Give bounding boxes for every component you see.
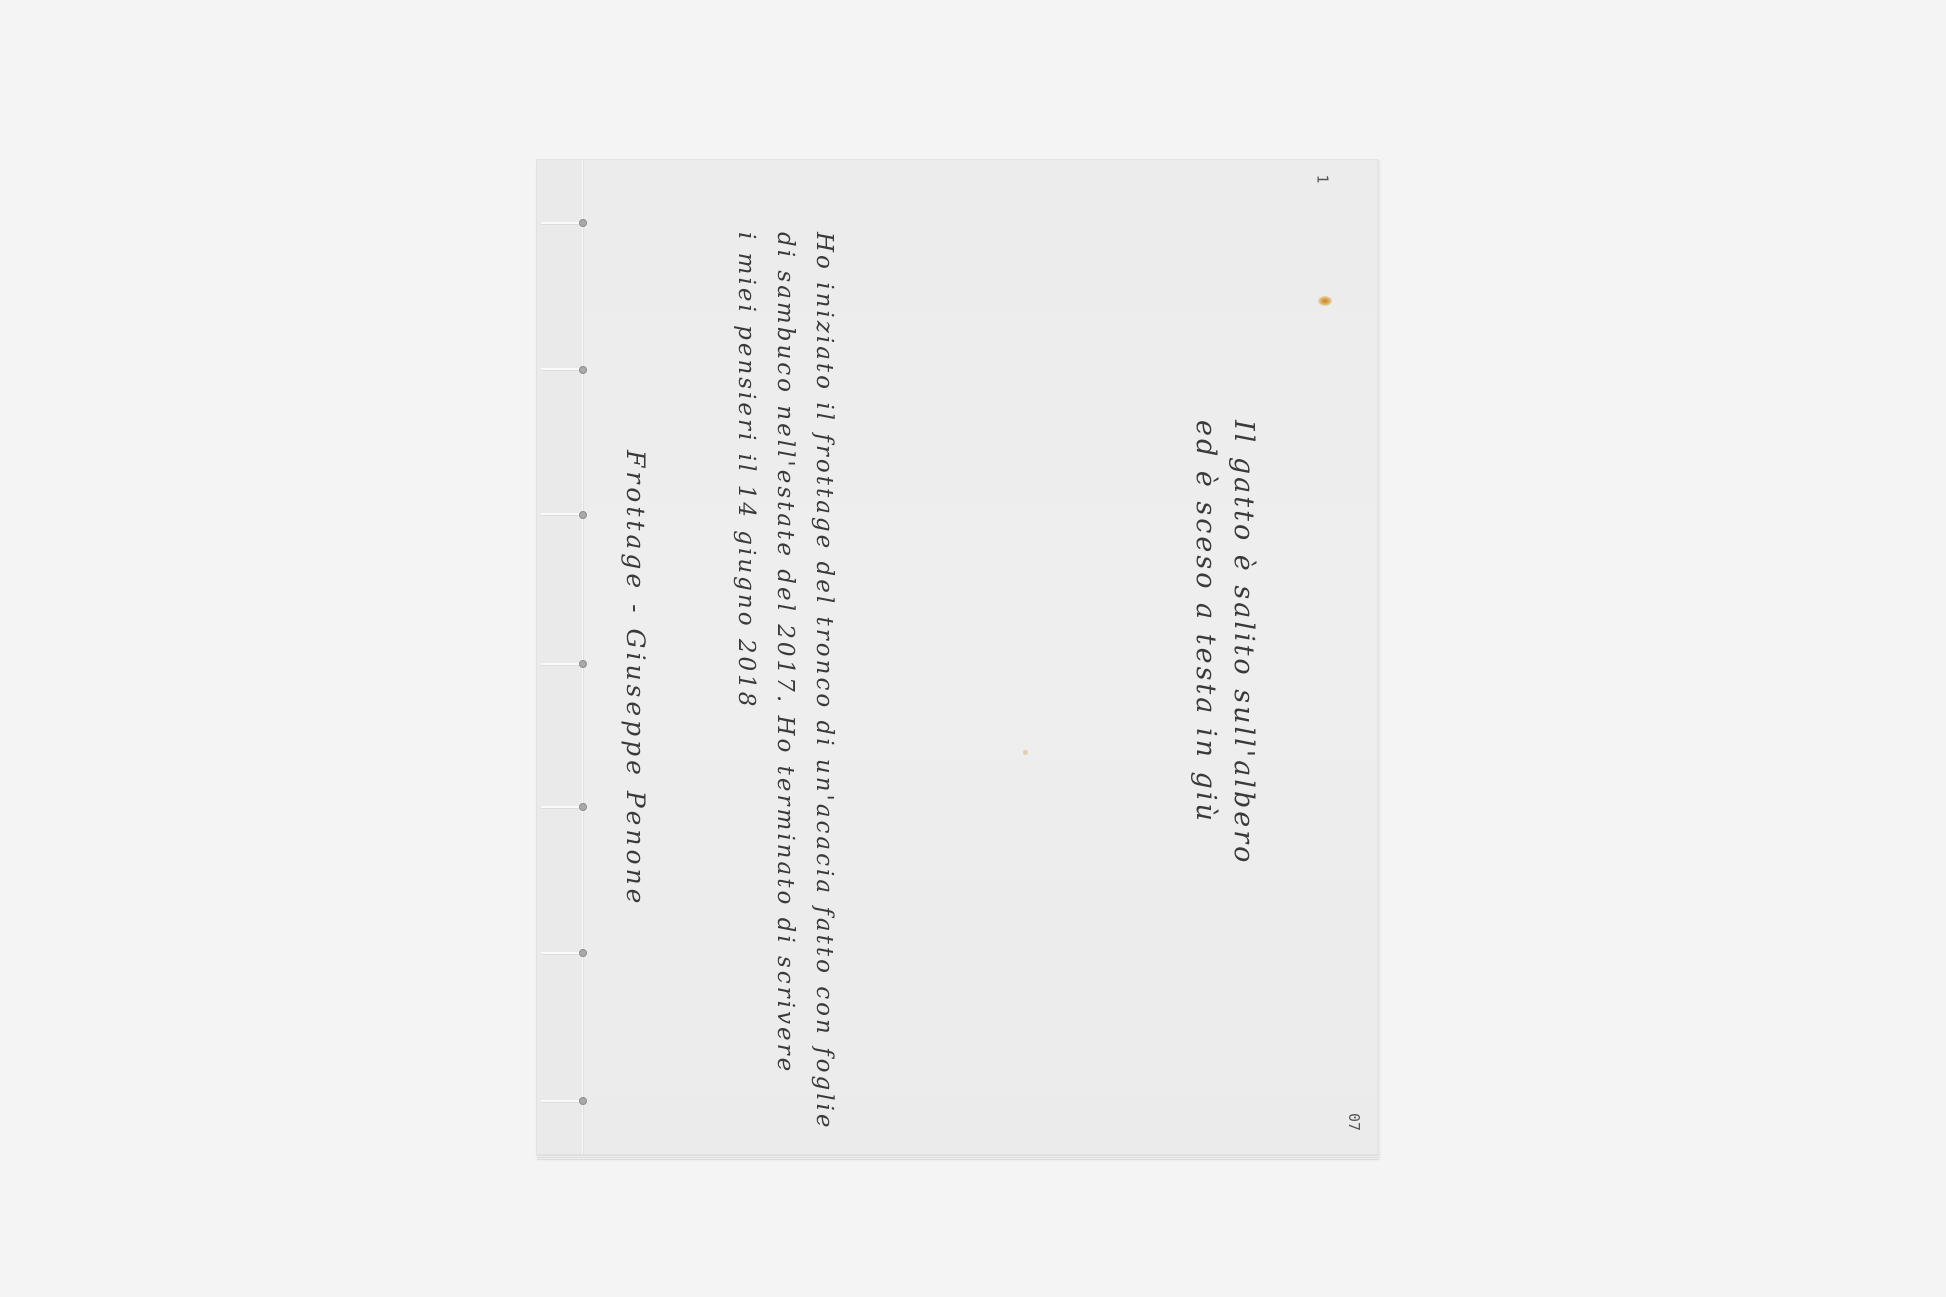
stitch (541, 663, 582, 665)
stitch-hole (579, 219, 587, 227)
handwritten-signature: Frottage - Giuseppe Penone (620, 450, 650, 907)
signature-line: Frottage - Giuseppe Penone (620, 450, 650, 907)
stitch-hole (579, 366, 587, 374)
faint-stain (1023, 750, 1028, 755)
paragraph-line: di sambuco nell'estate del 2017. Ho term… (765, 232, 804, 1131)
stitch-hole (579, 660, 587, 668)
paper-edge (537, 1155, 1379, 1161)
stitch-hole (579, 949, 587, 957)
stitch (541, 1100, 582, 1102)
stitch (541, 806, 582, 808)
stitch (541, 513, 582, 515)
stitch-hole (579, 803, 587, 811)
title-line: ed è sceso a testa in giù (1186, 420, 1224, 865)
handwritten-title: Il gatto è salito sull'albero ed è sceso… (1186, 420, 1262, 865)
page-number-bottom: 07 (1345, 1113, 1363, 1131)
paragraph-line: Ho iniziato il frottage del tronco di un… (804, 232, 843, 1131)
rust-stain (1318, 296, 1332, 306)
stitch (541, 368, 582, 370)
stitch (541, 952, 582, 954)
stitch-thread (582, 160, 583, 1154)
binding-strip (537, 160, 584, 1154)
stitch-hole (579, 511, 587, 519)
title-line: Il gatto è salito sull'albero (1224, 420, 1262, 865)
handwritten-paragraph: Ho iniziato il frottage del tronco di un… (726, 232, 843, 1131)
paragraph-line: i miei pensieri il 14 giugno 2018 (726, 232, 765, 1131)
stitch (541, 222, 582, 224)
page-number-top: 1 (1314, 174, 1332, 183)
stitch-hole (579, 1097, 587, 1105)
